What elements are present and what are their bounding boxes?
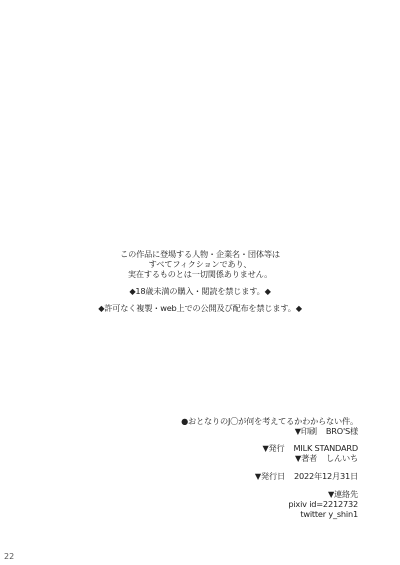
publisher-label: ▼発行 [262, 443, 284, 453]
disclaimer-line-2: すべてフィクションであり、 [0, 259, 400, 269]
publisher-value: MILK STANDARD [294, 443, 358, 453]
date-label: ▼発行日 [255, 471, 285, 481]
printer-value: BRO'S様 [326, 426, 358, 436]
age-restriction-notice: ◆18歳未満の購入・閲読を禁じます。◆ [0, 286, 400, 296]
disclaimer-block: この作品に登場する人物・企業名・団体等は すべてフィクションであり、 実在するも… [0, 249, 400, 279]
author-label: ▼著者 [295, 453, 317, 463]
page-number: 22 [4, 552, 14, 561]
age-notice-text: ◆18歳未満の購入・閲読を禁じます。◆ [0, 286, 400, 296]
contact-pixiv: pixiv id=2212732 [181, 499, 358, 509]
colophon: ●おとなりのJ〇が何を考えてるかわからない件。 ▼印刷BRO'S様 ▼発行MIL… [181, 416, 358, 519]
disclaimer-line-1: この作品に登場する人物・企業名・団体等は [0, 249, 400, 259]
printer-label: ▼印刷 [295, 426, 317, 436]
author-value: しんいち [326, 453, 358, 463]
publisher-row: ▼発行MILK STANDARD [181, 443, 358, 453]
contact-label: ▼連絡先 [181, 489, 358, 499]
copy-notice-text: ◆許可なく複製・web上での公開及び配布を禁じます。◆ [0, 303, 400, 313]
book-title: ●おとなりのJ〇が何を考えてるかわからない件。 [181, 416, 358, 426]
contact-twitter: twitter y_shin1 [181, 509, 358, 519]
date-row: ▼発行日2022年12月31日 [181, 471, 358, 481]
date-value: 2022年12月31日 [294, 471, 358, 481]
author-row: ▼著者しんいち [181, 453, 358, 463]
printer-row: ▼印刷BRO'S様 [181, 426, 358, 436]
disclaimer-line-3: 実在するものとは一切関係ありません。 [0, 269, 400, 279]
copy-restriction-notice: ◆許可なく複製・web上での公開及び配布を禁じます。◆ [0, 303, 400, 313]
